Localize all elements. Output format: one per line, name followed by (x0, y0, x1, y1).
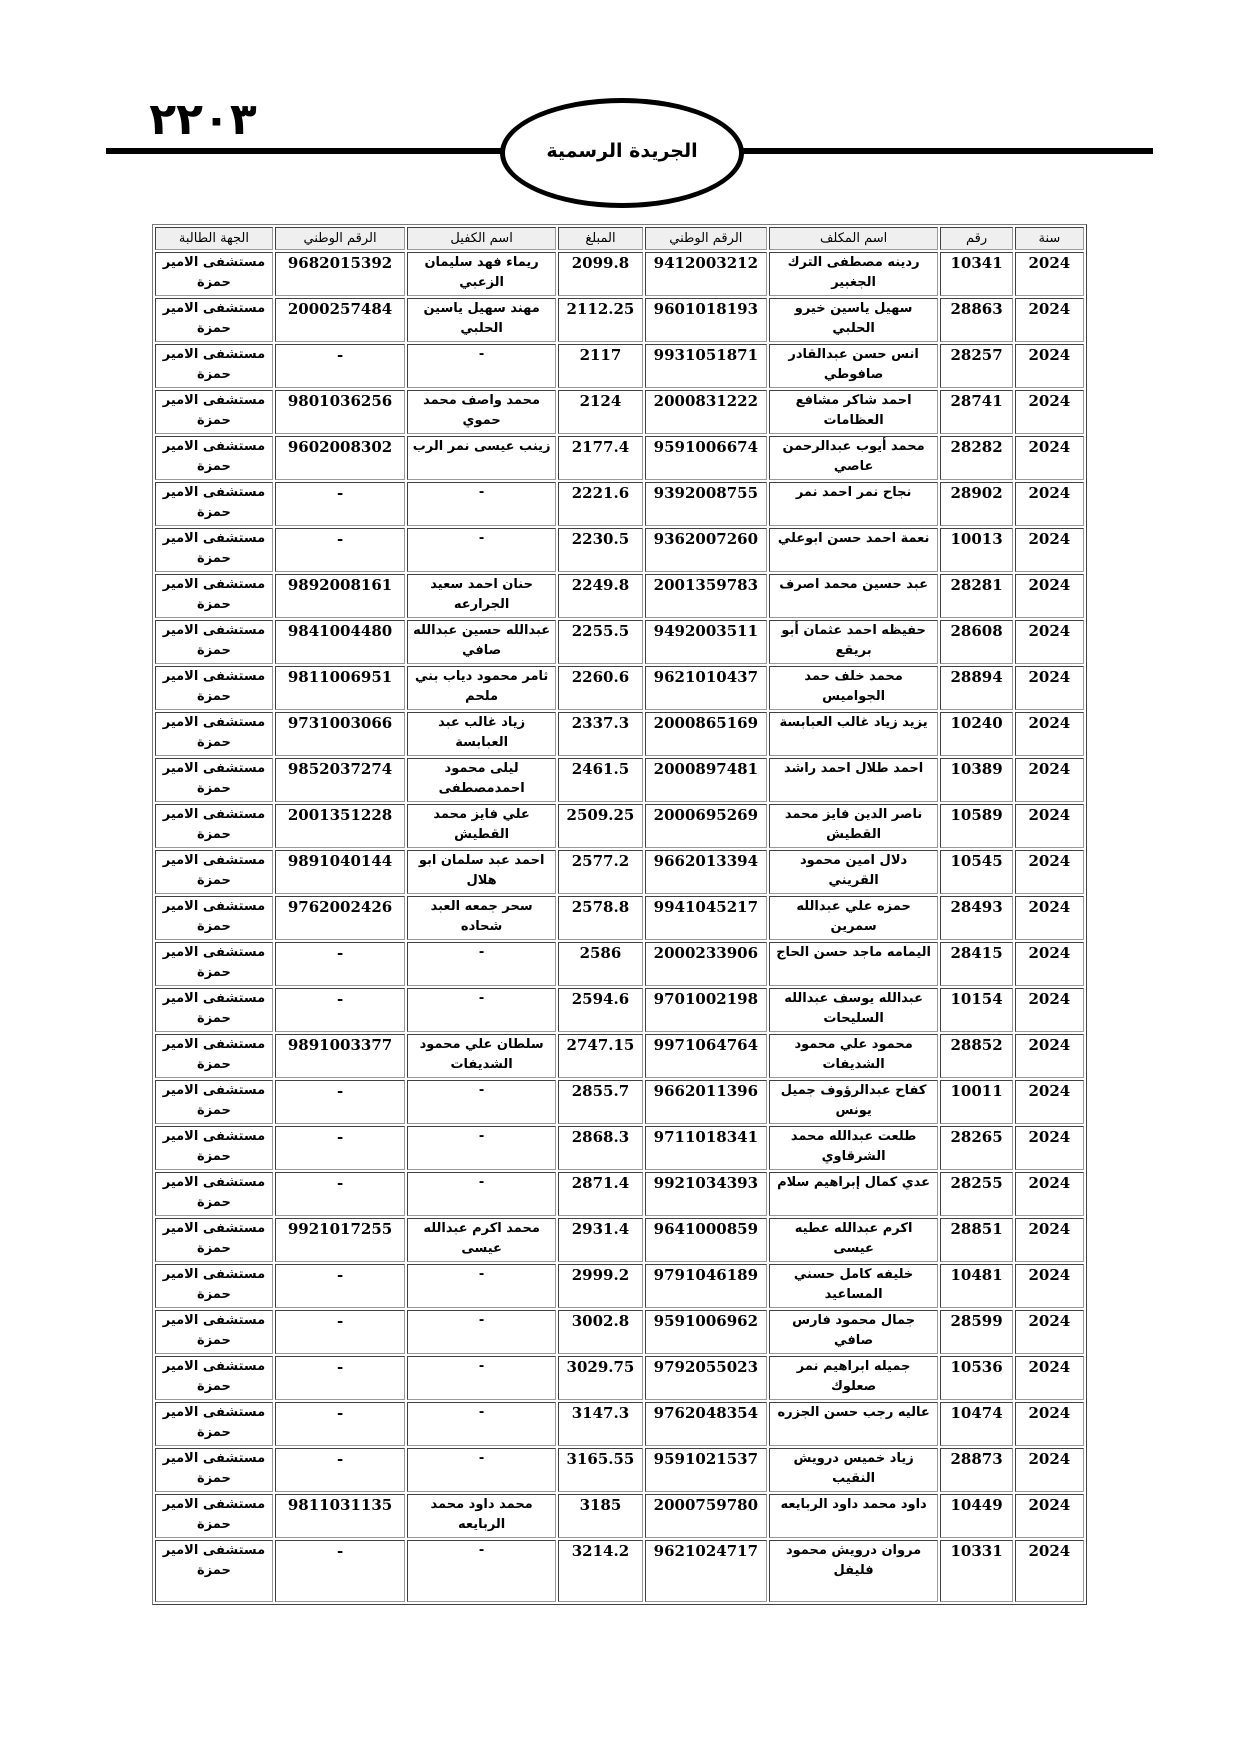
cell-amount: 3165.55 (558, 1448, 643, 1492)
cell-requesting-party: مستشفى الامير حمزة (155, 574, 273, 618)
cell-national-id: 2000233906 (645, 942, 767, 986)
cell-year: 2024 (1015, 528, 1084, 572)
cell-requesting-party: مستشفى الامير حمزة (155, 712, 273, 756)
cell-amount: 2221.6 (558, 482, 643, 526)
cell-national-id: 9662013394 (645, 850, 767, 894)
column-header-number: رقم (940, 227, 1012, 250)
cell-guarantor-name: - (407, 1448, 556, 1492)
cell-year: 2024 (1015, 1494, 1084, 1538)
cell-year: 2024 (1015, 1034, 1084, 1078)
cell-requesting-party: مستشفى الامير حمزة (155, 1126, 273, 1170)
cell-debtor-name: محمد أيوب عبدالرحمن عاصي (769, 436, 939, 480)
table-row: 202428493حمزه علي عبدالله سمرين994104521… (155, 896, 1084, 940)
cell-number: 10536 (940, 1356, 1012, 1400)
cell-debtor-name: نعمة احمد حسن ابوعلي (769, 528, 939, 572)
cell-number: 28255 (940, 1172, 1012, 1216)
cell-requesting-party: مستشفى الامير حمزة (155, 758, 273, 802)
cell-debtor-name: انس حسن عبدالقادر صافوطي (769, 344, 939, 388)
cell-guarantor-national-id: - (275, 1264, 405, 1308)
cell-guarantor-national-id: 9891040144 (275, 850, 405, 894)
cell-year: 2024 (1015, 1356, 1084, 1400)
cell-guarantor-name: - (407, 1356, 556, 1400)
cell-number: 28741 (940, 390, 1012, 434)
table-row: 202428873زياد خميس درويش النقيب959102153… (155, 1448, 1084, 1492)
table-body: 202410341ردينه مصطفى الترك الجغبير941200… (155, 252, 1084, 1602)
cell-national-id: 9492003511 (645, 620, 767, 664)
cell-number: 28873 (940, 1448, 1012, 1492)
cell-national-id: 9392008755 (645, 482, 767, 526)
cell-national-id: 9941045217 (645, 896, 767, 940)
cell-national-id: 9641000859 (645, 1218, 767, 1262)
cell-national-id: 9621010437 (645, 666, 767, 710)
cell-amount: 2509.25 (558, 804, 643, 848)
cell-requesting-party: مستشفى الامير حمزة (155, 482, 273, 526)
cell-debtor-name: اليمامه ماجد حسن الحاج (769, 942, 939, 986)
cell-year: 2024 (1015, 988, 1084, 1032)
cell-year: 2024 (1015, 298, 1084, 342)
cell-amount: 3185 (558, 1494, 643, 1538)
cell-guarantor-name: - (407, 1540, 556, 1602)
column-header-debtor-name: اسم المكلف (769, 227, 939, 250)
cell-amount: 2999.2 (558, 1264, 643, 1308)
cell-guarantor-national-id: - (275, 482, 405, 526)
cell-guarantor-name: محمد اكرم عبدالله عيسى (407, 1218, 556, 1262)
cell-national-id: 9701002198 (645, 988, 767, 1032)
cell-guarantor-name: محمد واصف محمد حموي (407, 390, 556, 434)
table-row: 202410154عبدالله يوسف عبدالله السليحات97… (155, 988, 1084, 1032)
table-row: 202428741احمد شاكر مشافع العظامات2000831… (155, 390, 1084, 434)
cell-year: 2024 (1015, 252, 1084, 296)
cell-year: 2024 (1015, 942, 1084, 986)
table-row: 202428851اكرم عبدالله عطيه عيسى964100085… (155, 1218, 1084, 1262)
cell-number: 10474 (940, 1402, 1012, 1446)
table-row: 202428599جمال محمود فارس صافي95910069623… (155, 1310, 1084, 1354)
cell-requesting-party: مستشفى الامير حمزة (155, 804, 273, 848)
cell-debtor-name: عبدالله يوسف عبدالله السليحات (769, 988, 939, 1032)
cell-requesting-party: مستشفى الامير حمزة (155, 528, 273, 572)
cell-guarantor-name: احمد عبد سلمان ابو هلال (407, 850, 556, 894)
cell-amount: 2112.25 (558, 298, 643, 342)
cell-national-id: 9591006674 (645, 436, 767, 480)
cell-year: 2024 (1015, 1402, 1084, 1446)
table-row: 202410449داود محمد داود الربايعه20007597… (155, 1494, 1084, 1538)
cell-guarantor-name: - (407, 482, 556, 526)
column-header-national-id: الرقم الوطني (645, 227, 767, 250)
cell-year: 2024 (1015, 1540, 1084, 1602)
cell-number: 28281 (940, 574, 1012, 618)
cell-debtor-name: عبد حسين محمد اصرف (769, 574, 939, 618)
column-header-year: سنة (1015, 227, 1084, 250)
cell-national-id: 9591006962 (645, 1310, 767, 1354)
cell-guarantor-national-id: - (275, 1540, 405, 1602)
cell-amount: 2747.15 (558, 1034, 643, 1078)
table-row: 202410481خليفه كامل حسني المساعيد9791046… (155, 1264, 1084, 1308)
cell-number: 28265 (940, 1126, 1012, 1170)
cell-national-id: 2000695269 (645, 804, 767, 848)
cell-requesting-party: مستشفى الامير حمزة (155, 1448, 273, 1492)
cell-amount: 2230.5 (558, 528, 643, 572)
cell-guarantor-name: - (407, 1402, 556, 1446)
cell-amount: 2871.4 (558, 1172, 643, 1216)
cell-amount: 2577.2 (558, 850, 643, 894)
cell-guarantor-name: مهند سهيل ياسين الحلبي (407, 298, 556, 342)
cell-national-id: 9412003212 (645, 252, 767, 296)
cell-requesting-party: مستشفى الامير حمزة (155, 988, 273, 1032)
cell-number: 28851 (940, 1218, 1012, 1262)
cell-guarantor-name: - (407, 1264, 556, 1308)
cell-year: 2024 (1015, 804, 1084, 848)
cell-guarantor-name: - (407, 988, 556, 1032)
cell-number: 10331 (940, 1540, 1012, 1602)
cell-year: 2024 (1015, 1218, 1084, 1262)
cell-debtor-name: خليفه كامل حسني المساعيد (769, 1264, 939, 1308)
cell-year: 2024 (1015, 574, 1084, 618)
cell-number: 10545 (940, 850, 1012, 894)
cell-number: 10011 (940, 1080, 1012, 1124)
cell-number: 10589 (940, 804, 1012, 848)
cell-requesting-party: مستشفى الامير حمزة (155, 942, 273, 986)
cell-guarantor-national-id: 9852037274 (275, 758, 405, 802)
cell-debtor-name: طلعت عبدالله محمد الشرقاوي (769, 1126, 939, 1170)
cell-guarantor-national-id: - (275, 1080, 405, 1124)
cell-amount: 2337.3 (558, 712, 643, 756)
table-row: 202428902نجاح نمر احمد نمر93920087552221… (155, 482, 1084, 526)
cell-national-id: 2001359783 (645, 574, 767, 618)
cell-debtor-name: داود محمد داود الربايعه (769, 1494, 939, 1538)
cell-guarantor-name: - (407, 344, 556, 388)
cell-number: 28415 (940, 942, 1012, 986)
cell-amount: 3214.2 (558, 1540, 643, 1602)
cell-number: 10389 (940, 758, 1012, 802)
cell-guarantor-national-id: 9811006951 (275, 666, 405, 710)
cell-guarantor-national-id: - (275, 1126, 405, 1170)
table-row: 202410536جميله ابراهيم نمر صعلوك97920550… (155, 1356, 1084, 1400)
table-row: 202428265طلعت عبدالله محمد الشرقاوي97110… (155, 1126, 1084, 1170)
cell-guarantor-national-id: - (275, 942, 405, 986)
cell-debtor-name: ناصر الدين فايز محمد القطيش (769, 804, 939, 848)
cell-requesting-party: مستشفى الامير حمزة (155, 1494, 273, 1538)
cell-number: 28902 (940, 482, 1012, 526)
cell-amount: 3147.3 (558, 1402, 643, 1446)
cell-year: 2024 (1015, 436, 1084, 480)
cell-requesting-party: مستشفى الامير حمزة (155, 1540, 273, 1602)
cell-debtor-name: نجاح نمر احمد نمر (769, 482, 939, 526)
cell-number: 10013 (940, 528, 1012, 572)
cell-requesting-party: مستشفى الامير حمزة (155, 1356, 273, 1400)
table-row: 202428852محمود علي محمود الشديفات9971064… (155, 1034, 1084, 1078)
cell-national-id: 9662011396 (645, 1080, 767, 1124)
cell-number: 28863 (940, 298, 1012, 342)
cell-guarantor-national-id: - (275, 1172, 405, 1216)
cell-number: 28599 (940, 1310, 1012, 1354)
cell-amount: 2931.4 (558, 1218, 643, 1262)
cell-guarantor-national-id: - (275, 1448, 405, 1492)
cell-debtor-name: محمود علي محمود الشديفات (769, 1034, 939, 1078)
cell-guarantor-national-id: - (275, 988, 405, 1032)
cell-requesting-party: مستشفى الامير حمزة (155, 1402, 273, 1446)
table-row: 202428255عدي كمال إبراهيم سلام9921034393… (155, 1172, 1084, 1216)
cell-amount: 2124 (558, 390, 643, 434)
cell-number: 10341 (940, 252, 1012, 296)
cell-amount: 2594.6 (558, 988, 643, 1032)
cell-guarantor-national-id: 9731003066 (275, 712, 405, 756)
cell-national-id: 9931051871 (645, 344, 767, 388)
table-row: 202410474عاليه رجب حسن الجزره97620483543… (155, 1402, 1084, 1446)
cell-guarantor-national-id: 9921017255 (275, 1218, 405, 1262)
cell-debtor-name: احمد شاكر مشافع العظامات (769, 390, 939, 434)
column-header-guarantor-name: اسم الكفيل (407, 227, 556, 250)
cell-year: 2024 (1015, 620, 1084, 664)
cell-requesting-party: مستشفى الامير حمزة (155, 620, 273, 664)
cell-amount: 3002.8 (558, 1310, 643, 1354)
cell-debtor-name: عدي كمال إبراهيم سلام (769, 1172, 939, 1216)
cell-guarantor-name: - (407, 1310, 556, 1354)
cell-requesting-party: مستشفى الامير حمزة (155, 666, 273, 710)
cell-requesting-party: مستشفى الامير حمزة (155, 252, 273, 296)
cell-amount: 2255.5 (558, 620, 643, 664)
table-row: 202410011كفاح عبدالرؤوف جميل يونس9662011… (155, 1080, 1084, 1124)
masthead-oval: الجريدة الرسمية (500, 98, 744, 208)
cell-debtor-name: جمال محمود فارس صافي (769, 1310, 939, 1354)
cell-year: 2024 (1015, 1310, 1084, 1354)
cell-guarantor-name: - (407, 1172, 556, 1216)
table-row: 202428415اليمامه ماجد حسن الحاج200023390… (155, 942, 1084, 986)
cell-requesting-party: مستشفى الامير حمزة (155, 1080, 273, 1124)
cell-guarantor-national-id: - (275, 528, 405, 572)
cell-debtor-name: اكرم عبدالله عطيه عيسى (769, 1218, 939, 1262)
cell-amount: 2260.6 (558, 666, 643, 710)
table-row: 202410331مروان درويش محمود فليفل96210247… (155, 1540, 1084, 1602)
cell-requesting-party: مستشفى الامير حمزة (155, 1310, 273, 1354)
cell-number: 10154 (940, 988, 1012, 1032)
cell-national-id: 2000759780 (645, 1494, 767, 1538)
cell-amount: 3029.75 (558, 1356, 643, 1400)
ledger-table: سنة رقم اسم المكلف الرقم الوطني المبلغ ا… (152, 224, 1087, 1605)
cell-guarantor-name: عبدالله حسين عبدالله صافي (407, 620, 556, 664)
cell-number: 28493 (940, 896, 1012, 940)
cell-guarantor-name: سلطان علي محمود الشديفات (407, 1034, 556, 1078)
cell-national-id: 2000897481 (645, 758, 767, 802)
cell-year: 2024 (1015, 1126, 1084, 1170)
cell-national-id: 9591021537 (645, 1448, 767, 1492)
cell-requesting-party: مستشفى الامير حمزة (155, 1172, 273, 1216)
cell-debtor-name: ردينه مصطفى الترك الجغبير (769, 252, 939, 296)
cell-national-id: 9921034393 (645, 1172, 767, 1216)
cell-number: 10240 (940, 712, 1012, 756)
cell-guarantor-national-id: 9841004480 (275, 620, 405, 664)
cell-guarantor-national-id: 9811031135 (275, 1494, 405, 1538)
cell-year: 2024 (1015, 1264, 1084, 1308)
column-header-guarantor-national-id: الرقم الوطني (275, 227, 405, 250)
table-header-row: سنة رقم اسم المكلف الرقم الوطني المبلغ ا… (155, 227, 1084, 250)
cell-guarantor-name: محمد داود محمد الربايعه (407, 1494, 556, 1538)
cell-guarantor-national-id: 9762002426 (275, 896, 405, 940)
table-row: 202410389احمد طلال احمد راشد200089748124… (155, 758, 1084, 802)
cell-guarantor-name: - (407, 1080, 556, 1124)
cell-national-id: 2000831222 (645, 390, 767, 434)
cell-guarantor-name: زياد غالب عبد العبابسة (407, 712, 556, 756)
cell-requesting-party: مستشفى الامير حمزة (155, 436, 273, 480)
cell-number: 28257 (940, 344, 1012, 388)
cell-guarantor-national-id: - (275, 344, 405, 388)
cell-number: 28852 (940, 1034, 1012, 1078)
cell-guarantor-national-id: 9602008302 (275, 436, 405, 480)
cell-debtor-name: زياد خميس درويش النقيب (769, 1448, 939, 1492)
table-row: 202410545دلال امين محمود القريني96620133… (155, 850, 1084, 894)
table-row: 202428863سهيل ياسين خيرو الحلبي960101819… (155, 298, 1084, 342)
cell-guarantor-name: - (407, 1126, 556, 1170)
cell-year: 2024 (1015, 712, 1084, 756)
table-row: 202428281عبد حسين محمد اصرف2001359783224… (155, 574, 1084, 618)
cell-guarantor-name: ليلى محمود احمدمصطفى (407, 758, 556, 802)
cell-guarantor-name: حنان احمد سعيد الجرارعه (407, 574, 556, 618)
cell-national-id: 9601018193 (645, 298, 767, 342)
page-number: ٢٢٠٣ (148, 92, 258, 148)
cell-national-id: 9362007260 (645, 528, 767, 572)
cell-debtor-name: دلال امين محمود القريني (769, 850, 939, 894)
cell-year: 2024 (1015, 896, 1084, 940)
cell-debtor-name: حمزه علي عبدالله سمرين (769, 896, 939, 940)
cell-year: 2024 (1015, 666, 1084, 710)
cell-debtor-name: كفاح عبدالرؤوف جميل يونس (769, 1080, 939, 1124)
ledger-table-container: سنة رقم اسم المكلف الرقم الوطني المبلغ ا… (152, 224, 1087, 1605)
masthead-title: الجريدة الرسمية (546, 140, 697, 162)
column-header-requesting-party: الجهة الطالبة (155, 227, 273, 250)
cell-guarantor-name: ريماء فهد سليمان الزعبي (407, 252, 556, 296)
cell-guarantor-national-id: 2001351228 (275, 804, 405, 848)
cell-year: 2024 (1015, 850, 1084, 894)
table-row: 202428608حفيظه احمد عثمان أبو بريقع94920… (155, 620, 1084, 664)
cell-requesting-party: مستشفى الامير حمزة (155, 390, 273, 434)
table-row: 202410240يزيد زياد غالب العبابسة20008651… (155, 712, 1084, 756)
cell-requesting-party: مستشفى الامير حمزة (155, 344, 273, 388)
cell-guarantor-name: - (407, 528, 556, 572)
cell-debtor-name: جميله ابراهيم نمر صعلوك (769, 1356, 939, 1400)
cell-requesting-party: مستشفى الامير حمزة (155, 1264, 273, 1308)
cell-guarantor-national-id: - (275, 1310, 405, 1354)
cell-guarantor-national-id: 2000257484 (275, 298, 405, 342)
cell-national-id: 9621024717 (645, 1540, 767, 1602)
table-row: 202428282محمد أيوب عبدالرحمن عاصي9591006… (155, 436, 1084, 480)
cell-amount: 2855.7 (558, 1080, 643, 1124)
cell-national-id: 2000865169 (645, 712, 767, 756)
cell-guarantor-national-id: - (275, 1356, 405, 1400)
cell-amount: 2117 (558, 344, 643, 388)
cell-number: 28894 (940, 666, 1012, 710)
cell-amount: 2099.8 (558, 252, 643, 296)
table-row: 202410341ردينه مصطفى الترك الجغبير941200… (155, 252, 1084, 296)
cell-year: 2024 (1015, 1080, 1084, 1124)
cell-number: 10481 (940, 1264, 1012, 1308)
cell-amount: 2177.4 (558, 436, 643, 480)
cell-national-id: 9711018341 (645, 1126, 767, 1170)
cell-national-id: 9762048354 (645, 1402, 767, 1446)
cell-debtor-name: احمد طلال احمد راشد (769, 758, 939, 802)
table-row: 202410013نعمة احمد حسن ابوعلي93620072602… (155, 528, 1084, 572)
cell-guarantor-name: ثامر محمود دياب بني ملحم (407, 666, 556, 710)
cell-debtor-name: يزيد زياد غالب العبابسة (769, 712, 939, 756)
cell-year: 2024 (1015, 1172, 1084, 1216)
column-header-amount: المبلغ (558, 227, 643, 250)
cell-number: 28608 (940, 620, 1012, 664)
cell-guarantor-name: سحر جمعه العبد شحاده (407, 896, 556, 940)
cell-amount: 2249.8 (558, 574, 643, 618)
cell-number: 28282 (940, 436, 1012, 480)
cell-year: 2024 (1015, 344, 1084, 388)
cell-guarantor-name: زينب عيسى نمر الرب (407, 436, 556, 480)
cell-guarantor-national-id: 9801036256 (275, 390, 405, 434)
cell-guarantor-national-id: 9682015392 (275, 252, 405, 296)
cell-guarantor-national-id: 9892008161 (275, 574, 405, 618)
cell-debtor-name: عاليه رجب حسن الجزره (769, 1402, 939, 1446)
cell-national-id: 9791046189 (645, 1264, 767, 1308)
cell-national-id: 9792055023 (645, 1356, 767, 1400)
cell-requesting-party: مستشفى الامير حمزة (155, 1218, 273, 1262)
cell-year: 2024 (1015, 1448, 1084, 1492)
cell-requesting-party: مستشفى الامير حمزة (155, 896, 273, 940)
cell-year: 2024 (1015, 758, 1084, 802)
cell-requesting-party: مستشفى الامير حمزة (155, 1034, 273, 1078)
table-row: 202410589ناصر الدين فايز محمد القطيش2000… (155, 804, 1084, 848)
cell-debtor-name: محمد خلف حمد الجواميس (769, 666, 939, 710)
cell-requesting-party: مستشفى الامير حمزة (155, 850, 273, 894)
cell-guarantor-national-id: 9891003377 (275, 1034, 405, 1078)
cell-amount: 2586 (558, 942, 643, 986)
cell-year: 2024 (1015, 390, 1084, 434)
cell-debtor-name: حفيظه احمد عثمان أبو بريقع (769, 620, 939, 664)
cell-year: 2024 (1015, 482, 1084, 526)
cell-national-id: 9971064764 (645, 1034, 767, 1078)
cell-number: 10449 (940, 1494, 1012, 1538)
cell-guarantor-name: علي فايز محمد القطيش (407, 804, 556, 848)
table-row: 202428894محمد خلف حمد الجواميس9621010437… (155, 666, 1084, 710)
cell-debtor-name: مروان درويش محمود فليفل (769, 1540, 939, 1602)
cell-debtor-name: سهيل ياسين خيرو الحلبي (769, 298, 939, 342)
cell-guarantor-national-id: - (275, 1402, 405, 1446)
cell-amount: 2578.8 (558, 896, 643, 940)
cell-amount: 2868.3 (558, 1126, 643, 1170)
cell-amount: 2461.5 (558, 758, 643, 802)
table-row: 202428257انس حسن عبدالقادر صافوطي9931051… (155, 344, 1084, 388)
cell-requesting-party: مستشفى الامير حمزة (155, 298, 273, 342)
cell-guarantor-name: - (407, 942, 556, 986)
